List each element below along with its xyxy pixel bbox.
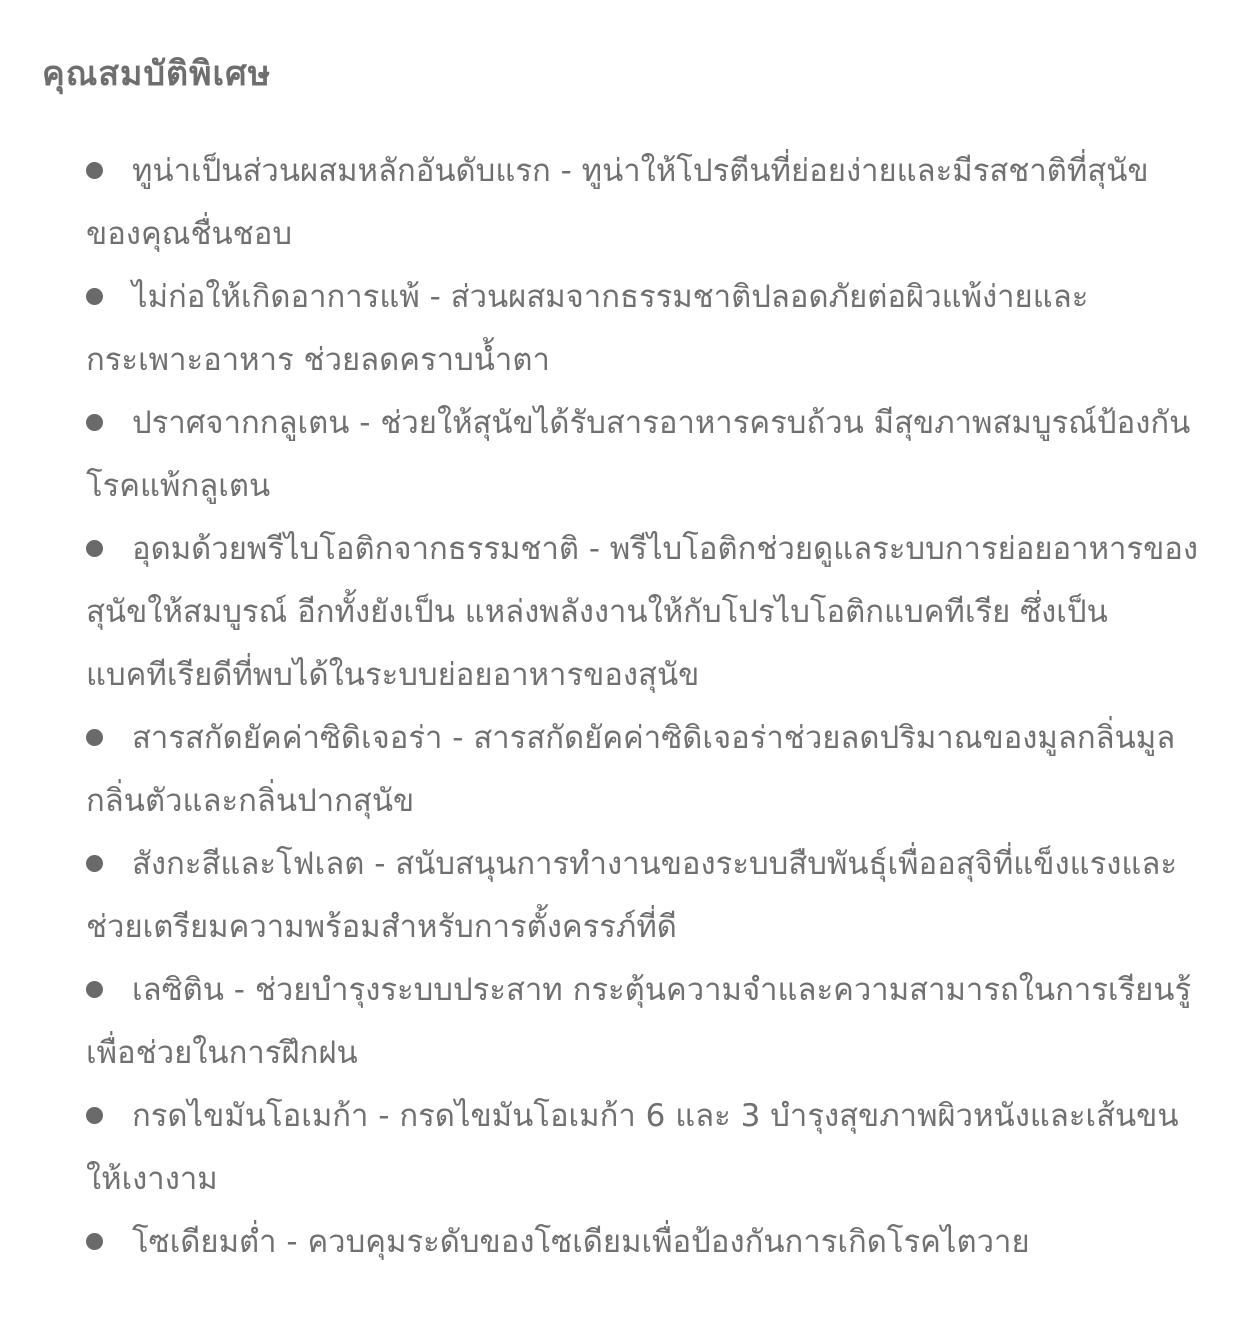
feature-text: อุดมด้วยพรีไบโอติกจากธรรมชาติ - พรีไบโอต… bbox=[86, 531, 1198, 693]
feature-list: ทูน่าเป็นส่วนผสมหลักอันดับแรก - ทูน่าให้… bbox=[42, 140, 1201, 1274]
feature-text: ปราศจากกลูเตน - ช่วยให้สุนัขได้รับสารอาห… bbox=[86, 405, 1190, 504]
feature-text: กรดไขมันโอเมก้า - กรดไขมันโอเมก้า 6 และ … bbox=[86, 1098, 1179, 1197]
bullet-icon bbox=[86, 981, 103, 998]
feature-item-zinc-folate: สังกะสีและโฟเลต - สนับสนุนการทำงานของระบ… bbox=[86, 833, 1201, 959]
feature-item-low-sodium: โซเดียมต่ำ - ควบคุมระดับของโซเดียมเพื่อป… bbox=[86, 1211, 1201, 1274]
feature-item-tuna: ทูน่าเป็นส่วนผสมหลักอันดับแรก - ทูน่าให้… bbox=[86, 140, 1201, 266]
feature-text: เลซิติน - ช่วยบำรุงระบบประสาท กระตุ้นควา… bbox=[86, 972, 1191, 1071]
bullet-icon bbox=[86, 414, 103, 431]
feature-text: โซเดียมต่ำ - ควบคุมระดับของโซเดียมเพื่อป… bbox=[132, 1224, 1030, 1260]
features-section: คุณสมบัติพิเศษ ทูน่าเป็นส่วนผสมหลักอันดั… bbox=[0, 0, 1241, 1319]
bullet-icon bbox=[86, 1107, 103, 1124]
feature-item-omega: กรดไขมันโอเมก้า - กรดไขมันโอเมก้า 6 และ … bbox=[86, 1085, 1201, 1211]
bullet-icon bbox=[86, 729, 103, 746]
section-title: คุณสมบัติพิเศษ bbox=[42, 48, 1201, 100]
feature-text: ทูน่าเป็นส่วนผสมหลักอันดับแรก - ทูน่าให้… bbox=[86, 153, 1149, 252]
feature-item-hypoallergenic: ไม่ก่อให้เกิดอาการแพ้ - ส่วนผสมจากธรรมชา… bbox=[86, 266, 1201, 392]
bullet-icon bbox=[86, 540, 103, 557]
feature-item-yucca-extract: สารสกัดยัคค่าซิดิเจอร่า - สารสกัดยัคค่าซ… bbox=[86, 707, 1201, 833]
feature-item-lecithin: เลซิติน - ช่วยบำรุงระบบประสาท กระตุ้นควา… bbox=[86, 959, 1201, 1085]
bullet-icon bbox=[86, 288, 103, 305]
bullet-icon bbox=[86, 855, 103, 872]
feature-text: สังกะสีและโฟเลต - สนับสนุนการทำงานของระบ… bbox=[86, 846, 1177, 945]
feature-item-gluten-free: ปราศจากกลูเตน - ช่วยให้สุนัขได้รับสารอาห… bbox=[86, 392, 1201, 518]
bullet-icon bbox=[86, 162, 103, 179]
feature-text: สารสกัดยัคค่าซิดิเจอร่า - สารสกัดยัคค่าซ… bbox=[86, 720, 1175, 819]
feature-item-prebiotics: อุดมด้วยพรีไบโอติกจากธรรมชาติ - พรีไบโอต… bbox=[86, 518, 1201, 707]
bullet-icon bbox=[86, 1233, 103, 1250]
feature-text: ไม่ก่อให้เกิดอาการแพ้ - ส่วนผสมจากธรรมชา… bbox=[86, 279, 1088, 378]
